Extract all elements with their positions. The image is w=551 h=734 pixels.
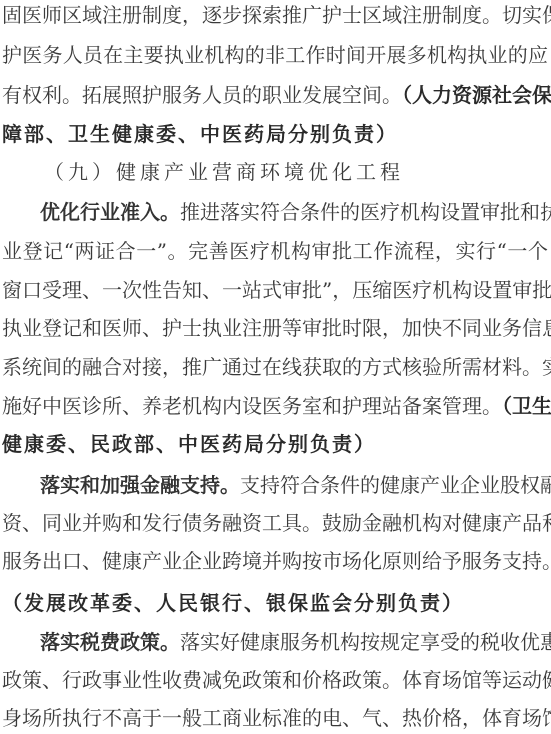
text-line: 业登记“两证合一”。完善医疗机构审批工作流程，实行“一个 [2,236,548,266]
paragraph-lead: 优化行业准入。 [40,200,180,224]
body-text: 服务出口、健康产业企业跨境并购按市场化原则给予服务支持。 [2,549,551,573]
responsible-dept-text: 障部、卫生健康委、中医药局分别负责） [2,122,398,146]
text-line: 障部、卫生健康委、中医药局分别负责） [2,119,548,149]
body-text: 固医师区域注册制度，逐步探索推广护士区域注册制度。切实保 [2,3,551,27]
text-line: 服务出口、健康产业企业跨境并购按市场化原则给予服务支持。 [2,546,548,576]
section-heading-text: （九）健康产业营商环境优化工程 [44,160,404,184]
body-text: 系统间的融合对接，推广通过在线获取的方式核验所需材料。实 [2,355,551,379]
text-line: 落实和加强金融支持。支持符合条件的健康产业企业股权融 [40,470,548,500]
text-line: 固医师区域注册制度，逐步探索推广护士区域注册制度。切实保 [2,0,548,30]
text-line: 执业登记和医师、护士执业注册等审批时限，加快不同业务信息 [2,313,548,343]
text-line: 落实税费政策。落实好健康服务机构按规定享受的税收优惠 [40,627,548,657]
text-line: 政策、行政事业性收费减免政策和价格政策。体育场馆等运动健 [2,665,548,695]
body-text: 有权利。拓展照护服务人员的职业发展空间。 [2,83,402,107]
text-line: 健康委、民政部、中医药局分别负责） [2,429,548,459]
body-text: 施好中医诊所、养老机构内设医务室和护理站备案管理。 [2,394,502,418]
body-text: 护医务人员在主要执业机构的非工作时间开展多机构执业的应 [2,43,548,67]
body-text: 业登记“两证合一”。完善医疗机构审批工作流程，实行“一个 [2,239,548,263]
text-line: 窗口受理、一次性告知、一站式审批”，压缩医疗机构设置审批、 [2,275,548,305]
text-line: 资、同业并购和发行债务融资工具。鼓励金融机构对健康产品和 [2,508,548,538]
text-line: 身场所执行不高于一般工商业标准的电、气、热价格，体育场馆 [2,703,548,733]
text-line: （发展改革委、人民银行、银保监会分别负责） [2,588,548,618]
responsible-dept-text: （人力资源社会保 [402,83,551,107]
body-text: 落实好健康服务机构按规定享受的税收优惠 [180,630,551,654]
body-text: 支持符合条件的健康产业企业股权融 [240,473,551,497]
responsible-dept-text: 健康委、民政部、中医药局分别负责） [2,432,376,456]
body-text: 身场所执行不高于一般工商业标准的电、气、热价格，体育场馆 [2,706,551,730]
body-text: 资、同业并购和发行债务融资工具。鼓励金融机构对健康产品和 [2,511,551,535]
section-heading: （九）健康产业营商环境优化工程 [44,157,404,187]
paragraph-lead: 落实和加强金融支持。 [40,473,240,497]
text-line: 系统间的融合对接，推广通过在线获取的方式核验所需材料。实 [2,352,548,382]
body-text: 执业登记和医师、护士执业注册等审批时限，加快不同业务信息 [2,316,551,340]
text-line: 施好中医诊所、养老机构内设医务室和护理站备案管理。（卫生 [2,391,548,421]
text-line: 有权利。拓展照护服务人员的职业发展空间。（人力资源社会保 [2,80,548,110]
responsible-dept-text: （发展改革委、人民银行、银保监会分别负责） [2,591,464,615]
body-text: 窗口受理、一次性告知、一站式审批”，压缩医疗机构设置审批、 [2,278,551,302]
body-text: 政策、行政事业性收费减免政策和价格政策。体育场馆等运动健 [2,668,551,692]
text-line: 护医务人员在主要执业机构的非工作时间开展多机构执业的应 [2,40,548,70]
text-line: 优化行业准入。推进落实符合条件的医疗机构设置审批和执 [40,197,548,227]
paragraph-lead: 落实税费政策。 [40,630,180,654]
body-text: 推进落实符合条件的医疗机构设置审批和执 [180,200,551,224]
document-page: 固医师区域注册制度，逐步探索推广护士区域注册制度。切实保 护医务人员在主要执业机… [0,0,551,734]
responsible-dept-text: （卫生 [502,394,551,418]
